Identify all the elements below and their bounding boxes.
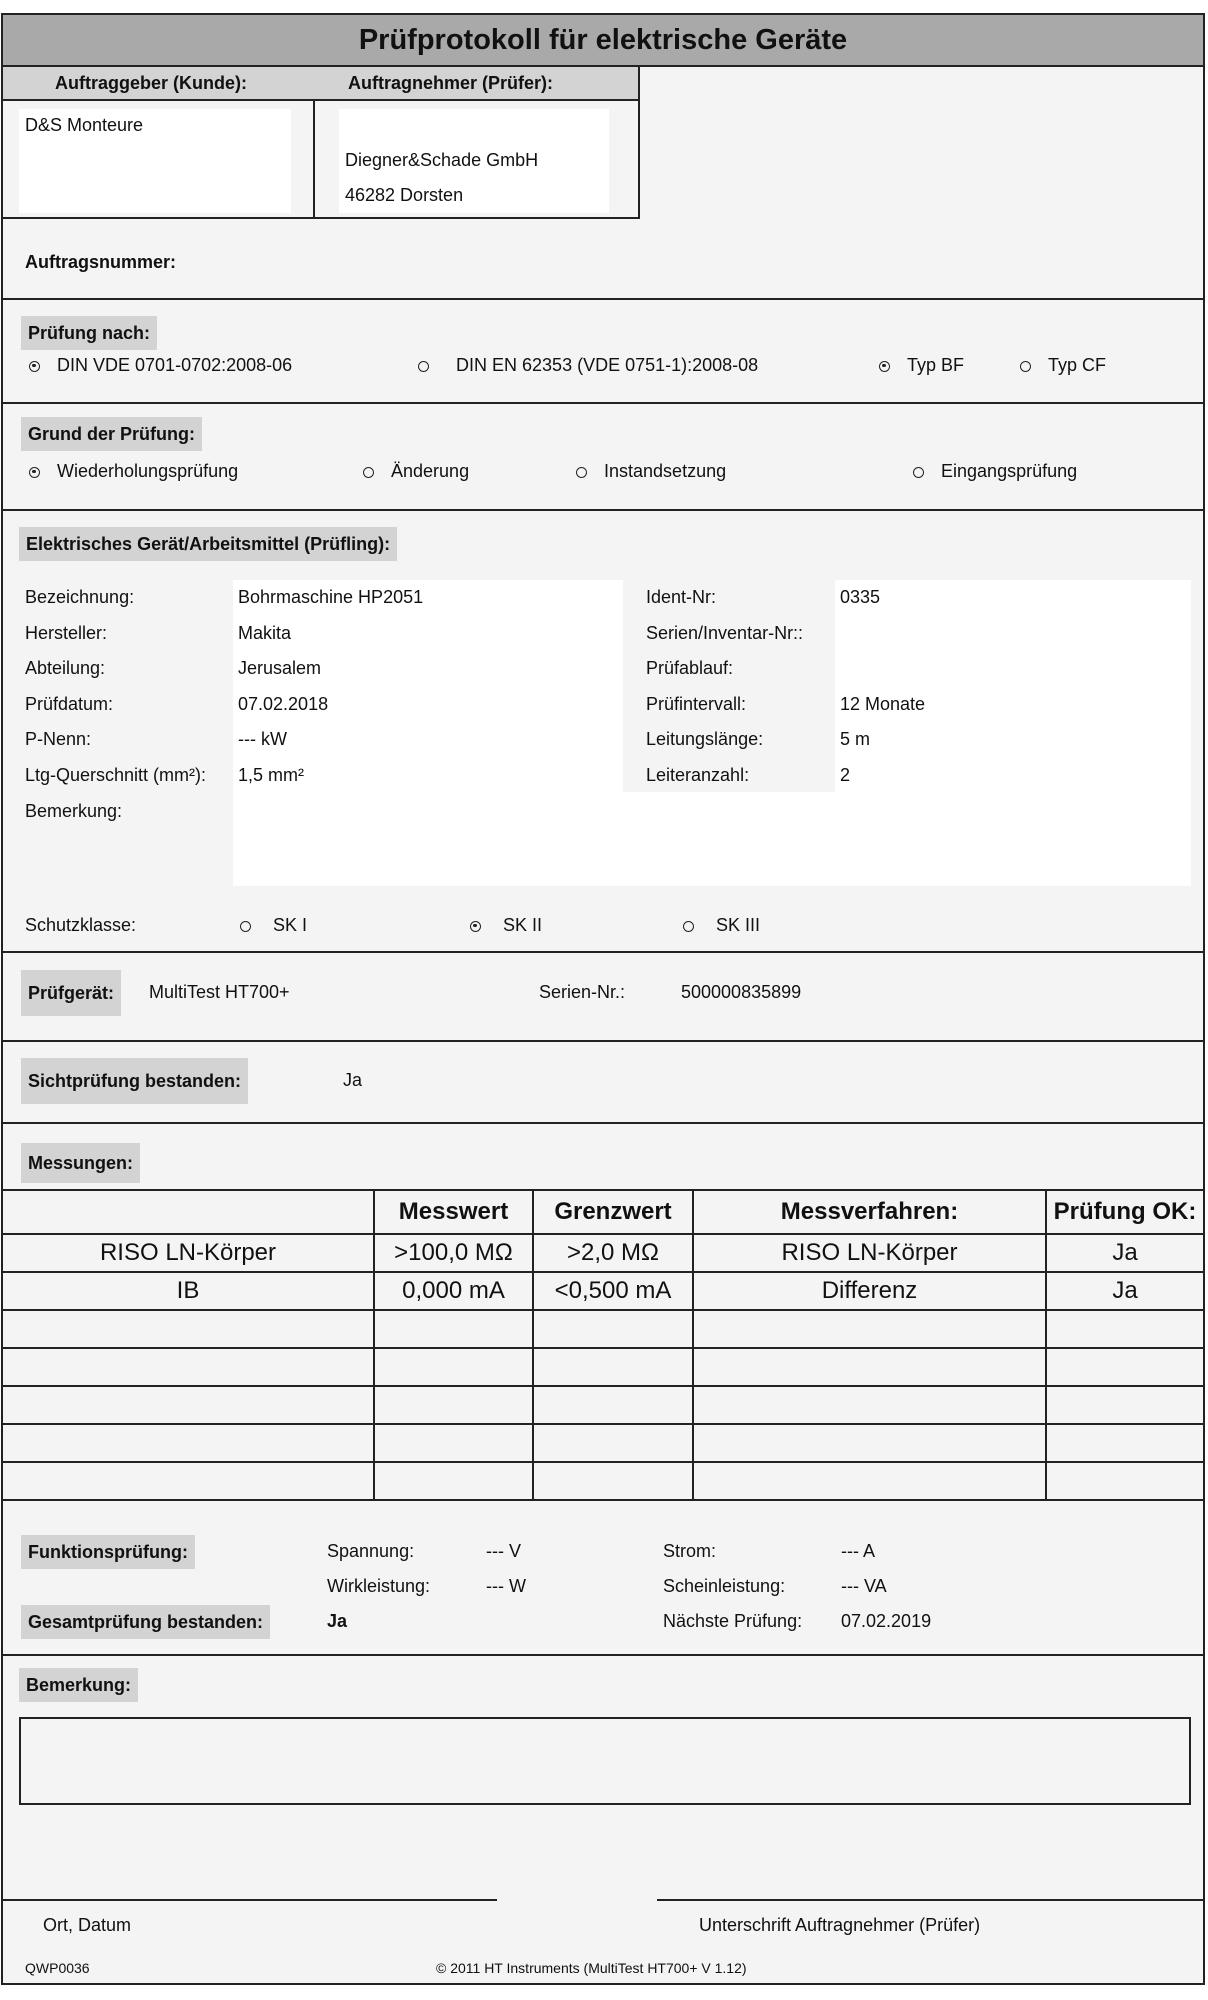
divider [3, 951, 1203, 953]
field-label-remark: Bemerkung: [25, 801, 122, 822]
function-test-label: Funktionsprüfung: [21, 1535, 195, 1569]
field-value-department: Jerusalem [238, 658, 321, 679]
active-power-label: Wirkleistung: [327, 1576, 430, 1597]
page-title: Prüfprotokoll für elektrische Geräte [3, 15, 1203, 67]
radio-unselected-icon [576, 467, 587, 478]
signature-label: Unterschrift Auftragnehmer (Prüfer) [699, 1915, 980, 1936]
field-label-rated-power: P-Nenn: [25, 729, 91, 750]
field-value-cable-length: 5 m [840, 729, 870, 750]
client-field[interactable]: D&S Monteure [19, 109, 291, 213]
field-label-serial-inventory: Serien/Inventar-Nr:: [646, 623, 803, 644]
test-report-form: Prüfprotokoll für elektrische Geräte Auf… [1, 13, 1205, 1985]
divider [3, 402, 1203, 404]
contractor-label: Auftragnehmer (Prüfer): [348, 73, 553, 94]
field-label-designation: Bezeichnung: [25, 587, 134, 608]
remark-label: Bemerkung: [19, 1668, 138, 1702]
radio-unselected-icon [240, 921, 251, 932]
field-label-manufacturer: Hersteller: [25, 623, 107, 644]
table-row [3, 1310, 1203, 1348]
field-label-department: Abteilung: [25, 658, 105, 679]
table-row [3, 1386, 1203, 1424]
client-label: Auftraggeber (Kunde): [55, 73, 247, 94]
protection-class-sk3[interactable]: SK III [683, 915, 760, 936]
table-row [3, 1424, 1203, 1462]
column-header-test-ok: Prüfung OK: [1046, 1190, 1203, 1234]
standard-option-typ-bf[interactable]: Typ BF [879, 355, 964, 376]
contractor-line-2: 46282 Dorsten [345, 185, 463, 206]
protection-class-label: Schutzklasse: [25, 915, 136, 936]
field-label-cable-cross-section: Ltg-Querschnitt (mm²): [25, 765, 206, 786]
divider [3, 298, 1203, 300]
divider [3, 1122, 1203, 1124]
table-row [3, 1462, 1203, 1500]
contractor-field[interactable]: Diegner&Schade GmbH 46282 Dorsten [339, 109, 609, 213]
reason-option-change[interactable]: Änderung [363, 461, 469, 482]
field-value-test-date: 07.02.2018 [238, 694, 328, 715]
standard-option-typ-cf[interactable]: Typ CF [1020, 355, 1106, 376]
voltage-label: Spannung: [327, 1541, 414, 1562]
remark-field[interactable] [19, 1717, 1191, 1805]
place-date-label: Ort, Datum [43, 1915, 131, 1936]
radio-unselected-icon [913, 467, 924, 478]
field-label-test-interval: Prüfintervall: [646, 694, 746, 715]
column-header-method: Messverfahren: [693, 1190, 1046, 1234]
field-label-conductor-count: Leiteranzahl: [646, 765, 749, 786]
protection-class-sk2[interactable]: SK II [470, 915, 542, 936]
divider [3, 509, 1203, 511]
reason-option-repair[interactable]: Instandsetzung [576, 461, 726, 482]
table-header-row: Messwert Grenzwert Messverfahren: Prüfun… [3, 1190, 1203, 1234]
field-value-rated-power: --- kW [238, 729, 287, 750]
device-left-values-bg [233, 580, 623, 792]
field-label-cable-length: Leitungslänge: [646, 729, 763, 750]
table-row [3, 1348, 1203, 1386]
parties-header: Auftraggeber (Kunde): Auftragnehmer (Prü… [3, 67, 638, 101]
table-row: IB 0,000 mA <0,500 mA Differenz Ja [3, 1272, 1203, 1310]
next-test-label: Nächste Prüfung: [663, 1611, 802, 1632]
apparent-power-label: Scheinleistung: [663, 1576, 785, 1597]
copyright: © 2011 HT Instruments (MultiTest HT700+ … [436, 1960, 747, 1976]
table-row: RISO LN-Körper >100,0 MΩ >2,0 MΩ RISO LN… [3, 1234, 1203, 1272]
test-reason-label: Grund der Prüfung: [21, 417, 202, 451]
apparent-power-value: --- VA [841, 1576, 887, 1597]
field-value-manufacturer: Makita [238, 623, 291, 644]
standard-option-din-vde[interactable]: DIN VDE 0701-0702:2008-06 [29, 355, 292, 376]
test-device-serial-label: Serien-Nr.: [539, 982, 625, 1003]
field-label-test-date: Prüfdatum: [25, 694, 113, 715]
radio-selected-icon [29, 467, 40, 478]
radio-unselected-icon [418, 361, 429, 372]
radio-unselected-icon [363, 467, 374, 478]
field-value-test-interval: 12 Monate [840, 694, 925, 715]
column-header-limit-value: Grenzwert [533, 1190, 693, 1234]
device-section-label: Elektrisches Gerät/Arbeitsmittel (Prüfli… [19, 527, 397, 561]
divider [3, 1040, 1203, 1042]
overall-result-label: Gesamtprüfung bestanden: [21, 1605, 270, 1639]
overall-result-value: Ja [327, 1611, 347, 1632]
test-device-label: Prüfgerät: [21, 970, 121, 1016]
parties-divider [313, 101, 315, 217]
radio-unselected-icon [1020, 361, 1031, 372]
contractor-line-1: Diegner&Schade GmbH [345, 150, 538, 171]
device-right-values-bg [835, 580, 1191, 792]
place-date-line[interactable] [3, 1899, 497, 1901]
measurements-label: Messungen: [21, 1143, 140, 1183]
field-label-test-procedure: Prüfablauf: [646, 658, 733, 679]
voltage-value: --- V [486, 1541, 521, 1562]
reason-option-repeat[interactable]: Wiederholungsprüfung [29, 461, 238, 482]
visual-inspection-label: Sichtprüfung bestanden: [21, 1058, 248, 1104]
visual-inspection-value: Ja [343, 1070, 362, 1091]
test-standard-label: Prüfung nach: [21, 316, 157, 350]
field-label-ident-nr: Ident-Nr: [646, 587, 716, 608]
device-remark-field[interactable] [233, 792, 1191, 886]
column-header-measured-value: Messwert [374, 1190, 533, 1234]
field-value-cable-cross-section: 1,5 mm² [238, 765, 304, 786]
test-device-value: MultiTest HT700+ [149, 982, 290, 1003]
field-value-ident-nr: 0335 [840, 587, 880, 608]
measurements-table: Messwert Grenzwert Messverfahren: Prüfun… [3, 1189, 1203, 1501]
reason-option-incoming[interactable]: Eingangsprüfung [913, 461, 1077, 482]
signature-line[interactable] [657, 1899, 1203, 1901]
test-device-serial-value: 500000835899 [681, 982, 801, 1003]
current-value: --- A [841, 1541, 875, 1562]
active-power-value: --- W [486, 1576, 526, 1597]
form-code: QWP0036 [25, 1960, 90, 1976]
current-label: Strom: [663, 1541, 716, 1562]
field-value-conductor-count: 2 [840, 765, 850, 786]
radio-selected-icon [29, 361, 40, 372]
radio-selected-icon [879, 361, 890, 372]
protection-class-sk1[interactable]: SK I [240, 915, 307, 936]
standard-option-din-en[interactable]: DIN EN 62353 (VDE 0751-1):2008-08 [418, 355, 758, 376]
next-test-value: 07.02.2019 [841, 1611, 931, 1632]
column-header [3, 1190, 374, 1234]
client-name: D&S Monteure [25, 115, 143, 136]
radio-selected-icon [470, 921, 481, 932]
divider [3, 1654, 1203, 1656]
radio-unselected-icon [683, 921, 694, 932]
parties-box: Auftraggeber (Kunde): Auftragnehmer (Prü… [3, 67, 640, 219]
order-number-label: Auftragsnummer: [25, 252, 176, 273]
field-value-designation: Bohrmaschine HP2051 [238, 587, 423, 608]
